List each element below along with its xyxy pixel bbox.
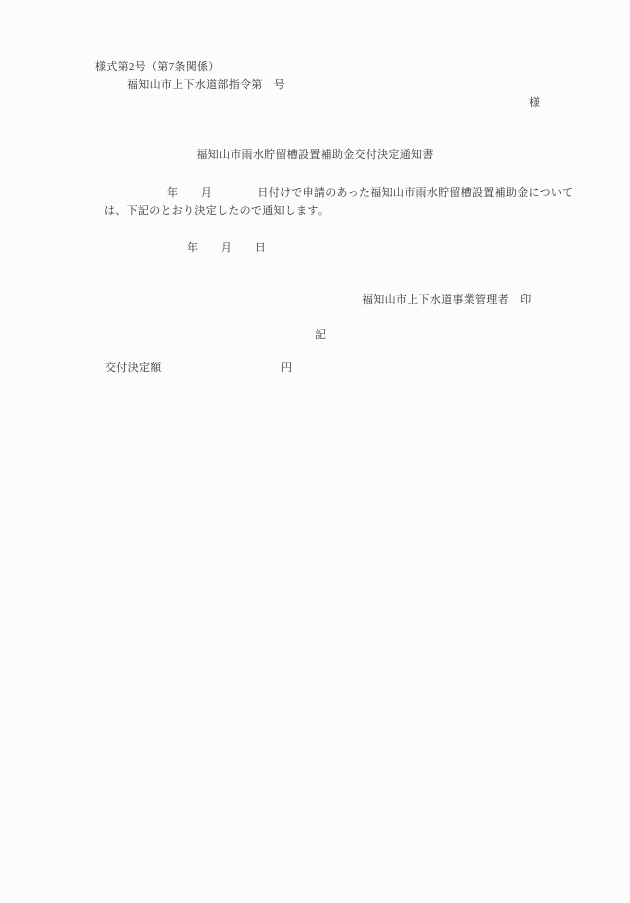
form-number-label: 様式第2号（第7条関係） <box>95 60 220 75</box>
grant-amount-unit-yen: 円 <box>281 361 292 376</box>
issuer-signature-line: 福知山市上下水道事業管理者 印 <box>362 293 532 308</box>
document-title: 福知山市雨水貯留槽設置補助金交付決定通知書 <box>0 148 630 163</box>
body-paragraph-line-2: は、下記のとおり決定したので通知します。 <box>104 204 329 219</box>
issue-date-blank-line: 年 月 日 <box>187 241 266 256</box>
directive-number-line: 福知山市上下水道部指令第 号 <box>127 78 285 93</box>
body-paragraph-line-1: 年 月 日付けで申請のあった福知山市雨水貯留槽設置補助金について <box>167 186 573 201</box>
document-page: 様式第2号（第7条関係） 福知山市上下水道部指令第 号 様 福知山市雨水貯留槽設… <box>0 0 630 903</box>
record-section-heading: 記 <box>315 328 326 343</box>
grant-amount-label: 交付決定額 <box>105 361 162 376</box>
addressee-honorific: 様 <box>529 96 540 111</box>
